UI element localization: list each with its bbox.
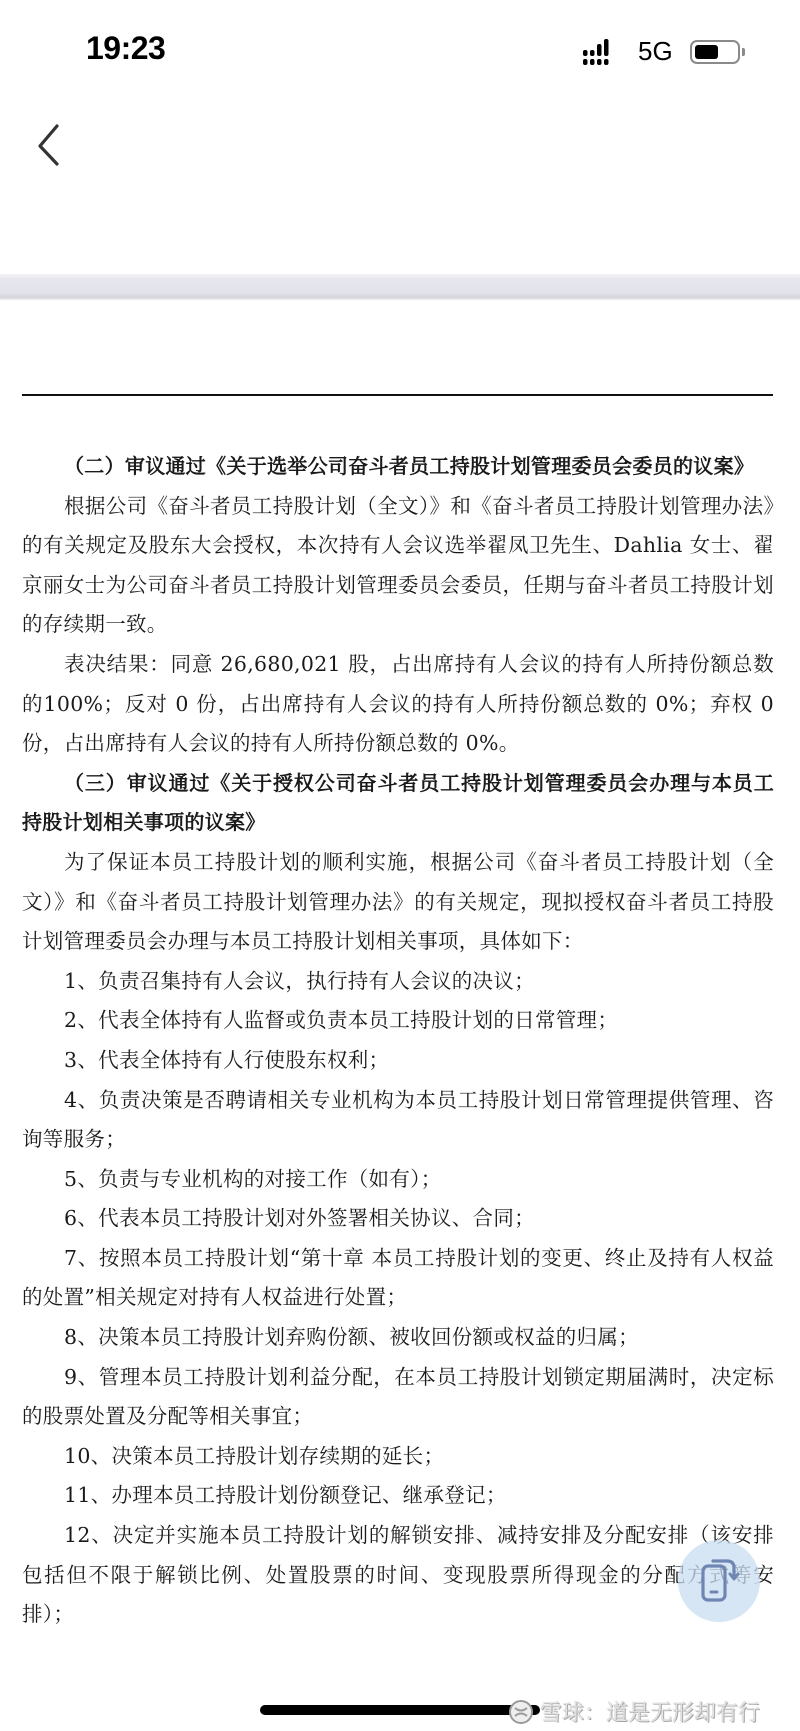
list-item: 5、负责与专业机构的对接工作（如有）； xyxy=(22,1160,774,1200)
watermark-text: 雪球：道是无形却有行 xyxy=(540,1696,760,1727)
chevron-left-icon xyxy=(30,118,70,170)
network-type: 5G xyxy=(638,36,673,67)
document-header-rule xyxy=(22,394,773,396)
list-item: 6、代表本员工持股计划对外签署相关协议、合同； xyxy=(22,1199,774,1239)
list-item: 2、代表全体持有人监督或负责本员工持股计划的日常管理； xyxy=(22,1001,774,1041)
nav-bar xyxy=(0,100,800,270)
document-body: （二）审议通过《关于选举公司奋斗者员工持股计划管理委员会委员的议案》 根据公司《… xyxy=(22,447,774,1635)
paragraph: 为了保证本员工持股计划的顺利实施，根据公司《奋斗者员工持股计划（全文）》和《奋斗… xyxy=(22,843,774,962)
back-button[interactable] xyxy=(30,118,70,170)
list-item: 1、负责召集持有人会议，执行持有人会议的决议； xyxy=(22,962,774,1002)
list-item: 9、管理本员工持股计划利益分配，在本员工持股计划锁定期届满时，决定标的股票处置及… xyxy=(22,1358,774,1437)
list-item: 8、决策本员工持股计划弃购份额、被收回份额或权益的归属； xyxy=(22,1318,774,1358)
home-indicator[interactable] xyxy=(260,1705,540,1715)
rotate-screen-icon xyxy=(699,1556,741,1606)
image-top-edge xyxy=(0,274,800,300)
cellular-signal-icon xyxy=(583,39,609,67)
watermark: 雪球：道是无形却有行 xyxy=(508,1696,760,1727)
paragraph: 根据公司《奋斗者员工持股计划（全文）》和《奋斗者员工持股计划管理办法》的有关规定… xyxy=(22,487,774,645)
list-item: 11、办理本员工持股计划份额登记、继承登记； xyxy=(22,1476,774,1516)
rotate-screen-button[interactable] xyxy=(678,1540,760,1622)
battery-level xyxy=(695,45,718,59)
list-item: 10、决策本员工持股计划存续期的延长； xyxy=(22,1437,774,1477)
xueqiu-logo-icon xyxy=(508,1699,534,1725)
status-time: 19:23 xyxy=(86,30,165,67)
status-bar: 19:23 5G xyxy=(0,0,800,100)
list-item: 3、代表全体持有人行使股东权利； xyxy=(22,1041,774,1081)
list-item: 4、负责决策是否聘请相关专业机构为本员工持股计划日常管理提供管理、咨询等服务； xyxy=(22,1081,774,1160)
vote-result: 表决结果：同意 26,680,021 股，占出席持有人会议的持有人所持份额总数的… xyxy=(22,645,774,764)
battery-tip xyxy=(742,48,745,56)
battery-icon xyxy=(690,40,740,64)
section-heading-3: （三）审议通过《关于授权公司奋斗者员工持股计划管理委员会办理与本员工持股计划相关… xyxy=(22,764,774,843)
list-item: 12、决定并实施本员工持股计划的解锁安排、减持安排及分配安排（该安排包括但不限于… xyxy=(22,1516,774,1635)
section-heading-2: （二）审议通过《关于选举公司奋斗者员工持股计划管理委员会委员的议案》 xyxy=(22,447,774,487)
list-item: 7、按照本员工持股计划“第十章 本员工持股计划的变更、终止及持有人权益的处置”相… xyxy=(22,1239,774,1318)
